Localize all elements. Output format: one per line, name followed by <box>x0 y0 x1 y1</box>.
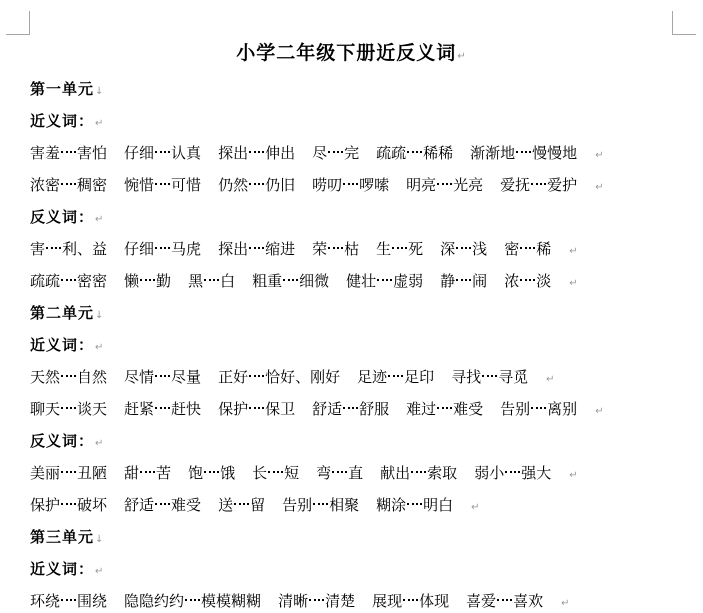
word-right: 稀 <box>536 240 551 258</box>
word-right: 仍旧 <box>265 176 295 194</box>
antonyms-row: 保护破坏舒适难受送留告别相聚糊涂明白↵ <box>30 489 680 521</box>
word-right: 可惜 <box>171 176 201 194</box>
word-right: 饿 <box>220 464 235 482</box>
word-right: 索取 <box>427 464 457 482</box>
word-right: 离别 <box>547 400 577 418</box>
unit-heading: 第一单元↓ <box>30 73 680 105</box>
antonyms-row: 疏疏密密懒勤黑白粗重细微健壮虚弱静闹浓淡↵ <box>30 265 680 297</box>
word-right: 保卫 <box>265 400 295 418</box>
word-pair: 深浅 <box>440 233 487 265</box>
paragraph-mark-icon: ↵ <box>569 470 577 481</box>
word-left: 寻找 <box>451 368 481 386</box>
word-right: 清楚 <box>325 592 355 610</box>
separator-dots <box>140 471 155 475</box>
word-right: 闹 <box>472 272 487 290</box>
word-pair: 尽完 <box>312 137 359 169</box>
word-right: 爱护 <box>547 176 577 194</box>
separator-dots <box>482 375 497 379</box>
word-pair: 懒勤 <box>124 265 171 297</box>
word-right: 尽量 <box>171 368 201 386</box>
word-right: 直 <box>348 464 363 482</box>
paragraph-mark-icon: ↵ <box>95 566 104 577</box>
word-pair: 足迹足印 <box>357 361 434 393</box>
word-pair: 疏疏密密 <box>30 265 107 297</box>
separator-dots <box>61 407 76 411</box>
word-left: 尽 <box>312 144 327 162</box>
paragraph-mark-icon: ↓ <box>95 86 104 97</box>
word-right: 舒服 <box>359 400 389 418</box>
word-right: 难受 <box>171 496 201 514</box>
word-right: 谈天 <box>77 400 107 418</box>
word-pair: 浓密稠密 <box>30 169 107 201</box>
word-pair: 惋惜可惜 <box>124 169 201 201</box>
separator-dots <box>61 503 76 507</box>
word-left: 荣 <box>312 240 327 258</box>
word-pair: 仍然仍旧 <box>218 169 295 201</box>
unit-heading-text: 第三单元 <box>30 528 94 546</box>
unit-heading: 第三单元↓ <box>30 521 680 553</box>
word-pair: 甜苦 <box>124 457 171 489</box>
word-left: 健壮 <box>346 272 376 290</box>
synonyms-label-text: 近义词： <box>30 336 94 354</box>
word-right: 相聚 <box>329 496 359 514</box>
separator-dots <box>411 471 426 475</box>
separator-dots <box>377 279 392 283</box>
separator-dots <box>140 279 155 283</box>
separator-dots <box>155 503 170 507</box>
separator-dots <box>437 407 452 411</box>
word-pair: 糊涂明白 <box>376 489 453 521</box>
separator-dots <box>328 151 343 155</box>
separator-dots <box>234 503 249 507</box>
word-left: 浓密 <box>30 176 60 194</box>
separator-dots <box>61 471 76 475</box>
word-right: 勤 <box>156 272 171 290</box>
word-left: 粗重 <box>252 272 282 290</box>
word-right: 完 <box>344 144 359 162</box>
paragraph-mark-icon: ↵ <box>95 214 104 225</box>
paragraph-mark-icon: ↵ <box>457 51 466 62</box>
separator-dots <box>520 279 535 283</box>
word-left: 足迹 <box>357 368 387 386</box>
word-left: 天然 <box>30 368 60 386</box>
separator-dots <box>61 151 76 155</box>
word-right: 喜欢 <box>513 592 543 610</box>
word-right: 强大 <box>521 464 551 482</box>
separator-dots <box>283 279 298 283</box>
word-right: 认真 <box>171 144 201 162</box>
word-left: 害羞 <box>30 144 60 162</box>
synonyms-label: 近义词：↵ <box>30 105 680 137</box>
word-right: 体现 <box>419 592 449 610</box>
antonyms-row: 害利、益仔细马虎探出缩进荣枯生死深浅密稀↵ <box>30 233 680 265</box>
word-left: 仔细 <box>124 144 154 162</box>
paragraph-mark-icon: ↵ <box>569 246 577 257</box>
word-pair: 饱饿 <box>188 457 235 489</box>
unit-heading-text: 第二单元 <box>30 304 94 322</box>
word-left: 环绕 <box>30 592 60 610</box>
word-left: 清晰 <box>278 592 308 610</box>
separator-dots <box>46 247 61 251</box>
word-left: 舒适 <box>312 400 342 418</box>
separator-dots <box>268 471 283 475</box>
separator-dots <box>343 407 358 411</box>
synonyms-row: 天然自然尽情尽量正好恰好、刚好足迹足印寻找寻觅↵ <box>30 361 680 393</box>
word-right: 死 <box>408 240 423 258</box>
word-left: 弱小 <box>474 464 504 482</box>
paragraph-mark-icon: ↵ <box>95 342 104 353</box>
word-right: 破坏 <box>77 496 107 514</box>
separator-dots <box>249 375 264 379</box>
antonyms-label: 反义词：↵ <box>30 425 680 457</box>
word-pair: 探出伸出 <box>218 137 295 169</box>
word-left: 懒 <box>124 272 139 290</box>
separator-dots <box>249 247 264 251</box>
word-pair: 告别相聚 <box>282 489 359 521</box>
word-pair: 害利、益 <box>30 233 107 265</box>
word-pair: 探出缩进 <box>218 233 295 265</box>
word-right: 留 <box>250 496 265 514</box>
word-left: 静 <box>440 272 455 290</box>
separator-dots <box>204 279 219 283</box>
word-left: 赶紧 <box>124 400 154 418</box>
word-pair: 渐渐地慢慢地 <box>470 137 577 169</box>
separator-dots <box>61 279 76 283</box>
synonyms-label-text: 近义词： <box>30 112 94 130</box>
word-pair: 明亮光亮 <box>406 169 483 201</box>
word-right: 缩进 <box>265 240 295 258</box>
word-left: 弯 <box>316 464 331 482</box>
word-pair: 保护破坏 <box>30 489 107 521</box>
word-pair: 爱抚爱护 <box>500 169 577 201</box>
word-pair: 喜爱喜欢 <box>466 585 543 613</box>
word-pair: 隐隐约约模模糊糊 <box>124 585 261 613</box>
word-left: 惋惜 <box>124 176 154 194</box>
separator-dots <box>204 471 219 475</box>
document-title-text: 小学二年级下册近反义词 <box>236 42 456 64</box>
word-left: 舒适 <box>124 496 154 514</box>
word-left: 保护 <box>218 400 248 418</box>
word-right: 恰好、刚好 <box>265 368 340 386</box>
word-right: 伸出 <box>265 144 295 162</box>
word-right: 细微 <box>299 272 329 290</box>
paragraph-mark-icon: ↵ <box>595 150 603 161</box>
separator-dots <box>531 407 546 411</box>
word-pair: 告别离别 <box>500 393 577 425</box>
separator-dots <box>313 503 328 507</box>
word-left: 唠叨 <box>312 176 342 194</box>
word-left: 告别 <box>500 400 530 418</box>
word-right: 浅 <box>472 240 487 258</box>
word-left: 黑 <box>188 272 203 290</box>
word-left: 长 <box>252 464 267 482</box>
synonyms-label-text: 近义词： <box>30 560 94 578</box>
separator-dots <box>343 183 358 187</box>
word-left: 正好 <box>218 368 248 386</box>
word-pair: 生死 <box>376 233 423 265</box>
separator-dots <box>520 247 535 251</box>
word-pair: 荣枯 <box>312 233 359 265</box>
separator-dots <box>61 375 76 379</box>
separator-dots <box>437 183 452 187</box>
antonyms-label-text: 反义词： <box>30 432 94 450</box>
separator-dots <box>61 183 76 187</box>
separator-dots <box>392 247 407 251</box>
word-pair: 粗重细微 <box>252 265 329 297</box>
paragraph-mark-icon: ↵ <box>546 374 554 385</box>
synonyms-row: 环绕围绕隐隐约约模模糊糊清晰清楚展现体现喜爱喜欢↵ <box>30 585 680 613</box>
separator-dots <box>505 471 520 475</box>
word-left: 保护 <box>30 496 60 514</box>
synonyms-row: 害羞害怕仔细认真探出伸出尽完疏疏稀稀渐渐地慢慢地↵ <box>30 137 680 169</box>
separator-dots <box>61 599 76 603</box>
word-right: 明白 <box>423 496 453 514</box>
synonyms-label: 近义词：↵ <box>30 329 680 361</box>
word-pair: 正好恰好、刚好 <box>218 361 340 393</box>
word-left: 献出 <box>380 464 410 482</box>
antonyms-label: 反义词：↵ <box>30 201 680 233</box>
separator-dots <box>531 183 546 187</box>
separator-dots <box>249 183 264 187</box>
unit-heading: 第二单元↓ <box>30 297 680 329</box>
word-right: 短 <box>284 464 299 482</box>
separator-dots <box>407 151 422 155</box>
separator-dots <box>456 279 471 283</box>
word-left: 展现 <box>372 592 402 610</box>
word-left: 疏疏 <box>376 144 406 162</box>
word-right: 苦 <box>156 464 171 482</box>
word-left: 喜爱 <box>466 592 496 610</box>
word-right: 密密 <box>77 272 107 290</box>
word-right: 足印 <box>404 368 434 386</box>
word-left: 聊天 <box>30 400 60 418</box>
word-left: 爱抚 <box>500 176 530 194</box>
page-corner-mark-top-left <box>6 11 30 35</box>
word-pair: 密稀 <box>504 233 551 265</box>
word-left: 送 <box>218 496 233 514</box>
word-pair: 天然自然 <box>30 361 107 393</box>
word-pair: 展现体现 <box>372 585 449 613</box>
word-left: 深 <box>440 240 455 258</box>
paragraph-mark-icon: ↓ <box>95 310 104 321</box>
word-pair: 浓淡 <box>504 265 551 297</box>
paragraph-mark-icon: ↵ <box>595 406 603 417</box>
word-left: 害 <box>30 240 45 258</box>
word-right: 害怕 <box>77 144 107 162</box>
word-right: 啰嗦 <box>359 176 389 194</box>
separator-dots <box>456 247 471 251</box>
word-pair: 聊天谈天 <box>30 393 107 425</box>
separator-dots <box>407 503 422 507</box>
separator-dots <box>155 375 170 379</box>
separator-dots <box>403 599 418 603</box>
separator-dots <box>249 151 264 155</box>
unit-heading-text: 第一单元 <box>30 80 94 98</box>
word-pair: 寻找寻觅 <box>451 361 528 393</box>
separator-dots <box>328 247 343 251</box>
word-pair: 黑白 <box>188 265 235 297</box>
word-right: 稠密 <box>77 176 107 194</box>
paragraph-mark-icon: ↵ <box>569 278 577 289</box>
separator-dots <box>155 247 170 251</box>
separator-dots <box>332 471 347 475</box>
word-left: 探出 <box>218 240 248 258</box>
word-pair: 舒适难受 <box>124 489 201 521</box>
word-pair: 弱小强大 <box>474 457 551 489</box>
word-right: 白 <box>220 272 235 290</box>
word-left: 浓 <box>504 272 519 290</box>
word-right: 马虎 <box>171 240 201 258</box>
word-pair: 美丽丑陋 <box>30 457 107 489</box>
word-left: 难过 <box>406 400 436 418</box>
word-right: 利、益 <box>62 240 107 258</box>
word-right: 慢慢地 <box>532 144 577 162</box>
word-pair: 静闹 <box>440 265 487 297</box>
word-left: 饱 <box>188 464 203 482</box>
word-left: 甜 <box>124 464 139 482</box>
antonyms-row: 美丽丑陋甜苦饱饿长短弯直献出索取弱小强大↵ <box>30 457 680 489</box>
word-pair: 弯直 <box>316 457 363 489</box>
word-pair: 保护保卫 <box>218 393 295 425</box>
word-right: 淡 <box>536 272 551 290</box>
word-pair: 害羞害怕 <box>30 137 107 169</box>
word-right: 模模糊糊 <box>201 592 261 610</box>
paragraph-mark-icon: ↵ <box>95 438 104 449</box>
paragraph-mark-icon: ↵ <box>95 118 104 129</box>
word-pair: 难过难受 <box>406 393 483 425</box>
word-left: 仔细 <box>124 240 154 258</box>
word-left: 糊涂 <box>376 496 406 514</box>
word-pair: 疏疏稀稀 <box>376 137 453 169</box>
separator-dots <box>309 599 324 603</box>
word-pair: 仔细认真 <box>124 137 201 169</box>
paragraph-mark-icon: ↓ <box>95 534 104 545</box>
page-corner-mark-top-right <box>672 11 696 35</box>
word-left: 疏疏 <box>30 272 60 290</box>
paragraph-mark-icon: ↵ <box>561 598 569 609</box>
paragraph-mark-icon: ↵ <box>471 502 479 513</box>
word-right: 难受 <box>453 400 483 418</box>
word-right: 赶快 <box>171 400 201 418</box>
separator-dots <box>155 407 170 411</box>
word-pair: 献出索取 <box>380 457 457 489</box>
word-left: 密 <box>504 240 519 258</box>
word-left: 告别 <box>282 496 312 514</box>
word-pair: 送留 <box>218 489 265 521</box>
word-right: 虚弱 <box>393 272 423 290</box>
separator-dots <box>155 183 170 187</box>
word-pair: 环绕围绕 <box>30 585 107 613</box>
word-right: 围绕 <box>77 592 107 610</box>
synonyms-row: 聊天谈天赶紧赶快保护保卫舒适舒服难过难受告别离别↵ <box>30 393 680 425</box>
separator-dots <box>185 599 200 603</box>
word-left: 隐隐约约 <box>124 592 184 610</box>
word-pair: 仔细马虎 <box>124 233 201 265</box>
separator-dots <box>249 407 264 411</box>
word-pair: 健壮虚弱 <box>346 265 423 297</box>
word-left: 尽情 <box>124 368 154 386</box>
word-right: 丑陋 <box>77 464 107 482</box>
word-right: 光亮 <box>453 176 483 194</box>
word-right: 枯 <box>344 240 359 258</box>
word-right: 寻觅 <box>498 368 528 386</box>
word-left: 美丽 <box>30 464 60 482</box>
word-pair: 尽情尽量 <box>124 361 201 393</box>
word-left: 明亮 <box>406 176 436 194</box>
synonyms-row: 浓密稠密惋惜可惜仍然仍旧唠叨啰嗦明亮光亮爱抚爱护↵ <box>30 169 680 201</box>
separator-dots <box>155 151 170 155</box>
document-title: 小学二年级下册近反义词↵ <box>0 40 703 70</box>
word-right: 自然 <box>77 368 107 386</box>
word-right: 稀稀 <box>423 144 453 162</box>
word-left: 生 <box>376 240 391 258</box>
word-left: 渐渐地 <box>470 144 515 162</box>
word-pair: 清晰清楚 <box>278 585 355 613</box>
word-pair: 赶紧赶快 <box>124 393 201 425</box>
separator-dots <box>388 375 403 379</box>
synonyms-label: 近义词：↵ <box>30 553 680 585</box>
word-pair: 舒适舒服 <box>312 393 389 425</box>
word-left: 仍然 <box>218 176 248 194</box>
word-pair: 长短 <box>252 457 299 489</box>
paragraph-mark-icon: ↵ <box>595 182 603 193</box>
antonyms-label-text: 反义词： <box>30 208 94 226</box>
separator-dots <box>516 151 531 155</box>
word-pair: 唠叨啰嗦 <box>312 169 389 201</box>
word-left: 探出 <box>218 144 248 162</box>
document-body: 第一单元↓近义词：↵害羞害怕仔细认真探出伸出尽完疏疏稀稀渐渐地慢慢地↵浓密稠密惋… <box>30 73 680 613</box>
separator-dots <box>497 599 512 603</box>
